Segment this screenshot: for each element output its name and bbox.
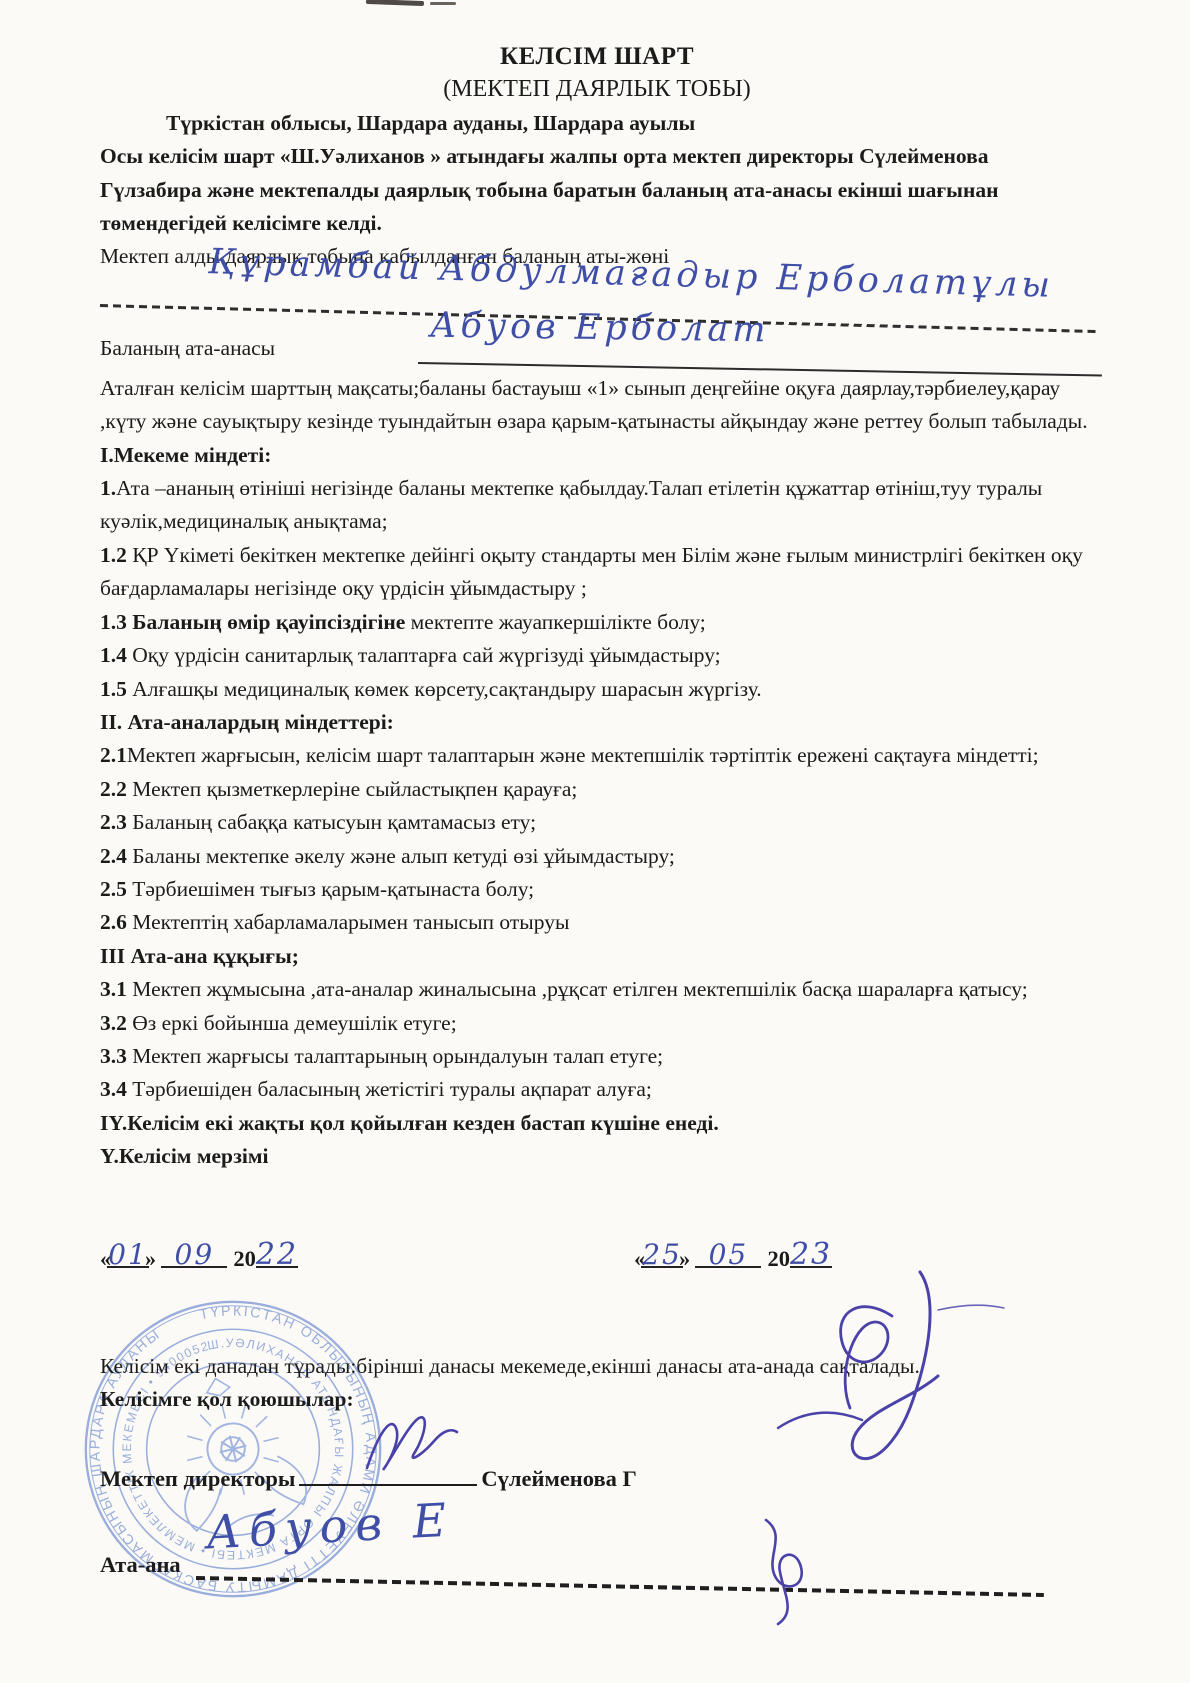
contract-clause: 3.1 Мектеп жұмысына ,ата-аналар жиналысы… (100, 973, 1094, 1006)
dashed-fill-line (196, 1576, 1044, 1597)
scan-artifact (430, 2, 456, 5)
contract-clause: 1.2 ҚР Үкіметі бекіткен мектепке дейінгі… (100, 539, 1094, 606)
intro-paragraph: Осы келісім шарт «Ш.Уәлиханов » атындағы… (100, 140, 1094, 240)
contract-clause: 3.4 Тәрбиешіден баласының жетістігі тура… (100, 1073, 1094, 1106)
signature-flourish-icon (742, 1258, 1022, 1470)
doc-subtitle: (МЕКТЕП ДАЯРЛЫК ТОБЫ) (100, 73, 1094, 106)
day-slot: 01 (107, 1240, 149, 1268)
contract-clause: 3.3 Мектеп жарғысы талаптарының орындалу… (100, 1040, 1094, 1073)
section-heading: ІІ. Ата-аналардың міндеттері: (100, 706, 1094, 739)
director-label: Мектеп директоры (100, 1466, 295, 1491)
date-start: «01» 092022 (100, 1240, 298, 1298)
scan-artifact (366, 0, 424, 6)
director-signature-line (299, 1464, 477, 1486)
section-heading: ІІІ Ата-ана құқығы; (100, 940, 1094, 973)
section-heading: ІY.Келісім екі жақты қол қойылған кезден… (100, 1107, 1094, 1140)
start-day-handwritten: 01 (108, 1238, 148, 1271)
parent-name-handwritten: Абуов Ерболат (430, 309, 770, 347)
contract-clause: 2.5 Тәрбиешімен тығыз қарым-қатынаста бо… (100, 873, 1094, 906)
section-heading: І.Мекеме міндеті: (100, 439, 1094, 472)
section-heading: Y.Келісім мерзімі (100, 1140, 1094, 1173)
start-year-handwritten: 22 (256, 1237, 298, 1272)
parent-signature-row: Ата-ана Абуов Е (100, 1548, 1094, 1608)
contract-clause: 1.3 Баланың өмір қауіпсіздігіне мектепте… (100, 606, 1094, 639)
contract-clauses: І.Мекеме міндеті:1.Ата –ананың өтініші н… (100, 439, 1094, 1174)
start-month-handwritten: 09 (175, 1238, 215, 1271)
contract-clause: 1.Ата –ананың өтініші негізінде баланы м… (100, 472, 1094, 539)
day-slot: 25 (641, 1240, 683, 1268)
contract-clause: 2.1Мектеп жарғысын, келісім шарт талапта… (100, 739, 1094, 772)
parent-signature-flourish-icon (736, 1502, 846, 1632)
month-slot: 09 (161, 1240, 227, 1268)
contract-clause: 2.6 Мектептің хабарламаларымен танысып о… (100, 906, 1094, 939)
contract-clause: 1.4 Оқу үрдісін санитарлық талаптарға са… (100, 639, 1094, 672)
doc-title: КЕЛСІМ ШАРТ (100, 40, 1094, 73)
contract-clause: 1.5 Алғашқы медициналық көмек көрсету,са… (100, 673, 1094, 706)
contract-clause: 2.4 Баланы мектепке әкелу және алып кету… (100, 840, 1094, 873)
contract-clause: 3.2 Өз еркі бойынша демеушілік етуге; (100, 1007, 1094, 1040)
region-line: Түркістан облысы, Шардара ауданы, Шардар… (100, 107, 1094, 140)
parent-sign-handwritten: Абуов Е (205, 1504, 455, 1550)
scanned-contract-page: ТҮРКІСТАН ОБЛЫСЫНЫҢ АДАМИ ӘЛЕУЕТТІ ДАМЫТ… (0, 0, 1190, 1683)
contract-clause: 2.2 Мектеп қызметкерлеріне сыйластықпен … (100, 773, 1094, 806)
year-prefix: 20 (233, 1246, 256, 1271)
director-signature-icon (357, 1406, 467, 1484)
purpose-paragraph: Аталған келісім шарттың мақсаты;баланы б… (100, 372, 1094, 439)
parent-name-field: Баланың ата-анасы Абуов Ерболат (100, 332, 1094, 372)
end-day-handwritten: 25 (642, 1238, 682, 1271)
parent-sign-label: Ата-ана (100, 1552, 181, 1577)
year-slot: 22 (256, 1240, 298, 1268)
parent-name-label: Баланың ата-анасы (100, 336, 275, 360)
contract-clause: 2.3 Баланың сабаққа катысуын қамтамасыз … (100, 806, 1094, 839)
director-name: Сүлейменова Г (481, 1466, 636, 1491)
